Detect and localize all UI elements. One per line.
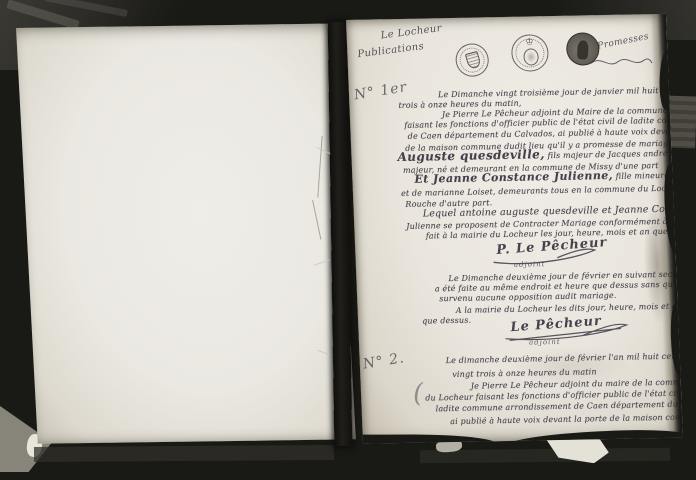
bride-filiation: fille mineure de Jean Jacques — [615, 169, 683, 180]
figure-silhouette — [577, 40, 589, 60]
handwritten-bracket: ( — [412, 379, 423, 409]
groom-name: Auguste quesdeville, — [397, 147, 545, 164]
crown-icon: ♔ — [511, 37, 548, 48]
signature-adjoint-2: Le Pêcheur — [510, 314, 603, 336]
entry2-line: survenu aucune opposition audit mariage. — [439, 291, 617, 304]
entry3-line: ai publié à haute voix devant la porte d… — [450, 411, 683, 427]
entry3-line: Le dimanche deuxième jour de février l'a… — [446, 352, 681, 366]
tear-notch — [357, 434, 497, 443]
paper-crack — [317, 136, 322, 198]
record-type-annotation: Publications — [357, 41, 425, 60]
right-margin-annotation: Promesses — [597, 32, 650, 52]
coat-of-arms-stamp-icon — [452, 40, 493, 80]
margin-entry-number-1: N° 1er — [353, 79, 409, 103]
entry3-line: vingt trois à onze heures du matin — [452, 367, 597, 380]
signature-title-2: adjoint — [529, 338, 561, 347]
entry1-bride-line: Et Jeanne Constance Julienne, fille mine… — [414, 168, 683, 185]
crown-medallion-stamp-icon: ♔ — [511, 34, 549, 72]
register-page: Le Locheur Publications Promesses ♔ N° 1… — [346, 14, 683, 444]
scanned-register-photo: { "scan": { "background_color": "#191916… — [0, 0, 696, 480]
place-annotation: Le Locheur — [380, 23, 443, 42]
entry2-line: que dessus. — [422, 316, 471, 327]
entry2-line: A la mairie du Locheur les dits jour, he… — [456, 302, 683, 316]
signature-title-1: adjoint — [514, 260, 546, 269]
book-board-edge — [34, 445, 334, 462]
paper-crack — [312, 200, 321, 240]
bride-name: Et Jeanne Constance Julienne, — [414, 169, 613, 186]
left-blank-page — [16, 24, 356, 444]
entry1-line: Le Dimanche vingt troisième jour de janv… — [438, 85, 683, 100]
margin-entry-number-2: N° 2. — [362, 350, 406, 372]
entry1-line: et de marianne Loiset, demeurants tous e… — [401, 183, 683, 199]
